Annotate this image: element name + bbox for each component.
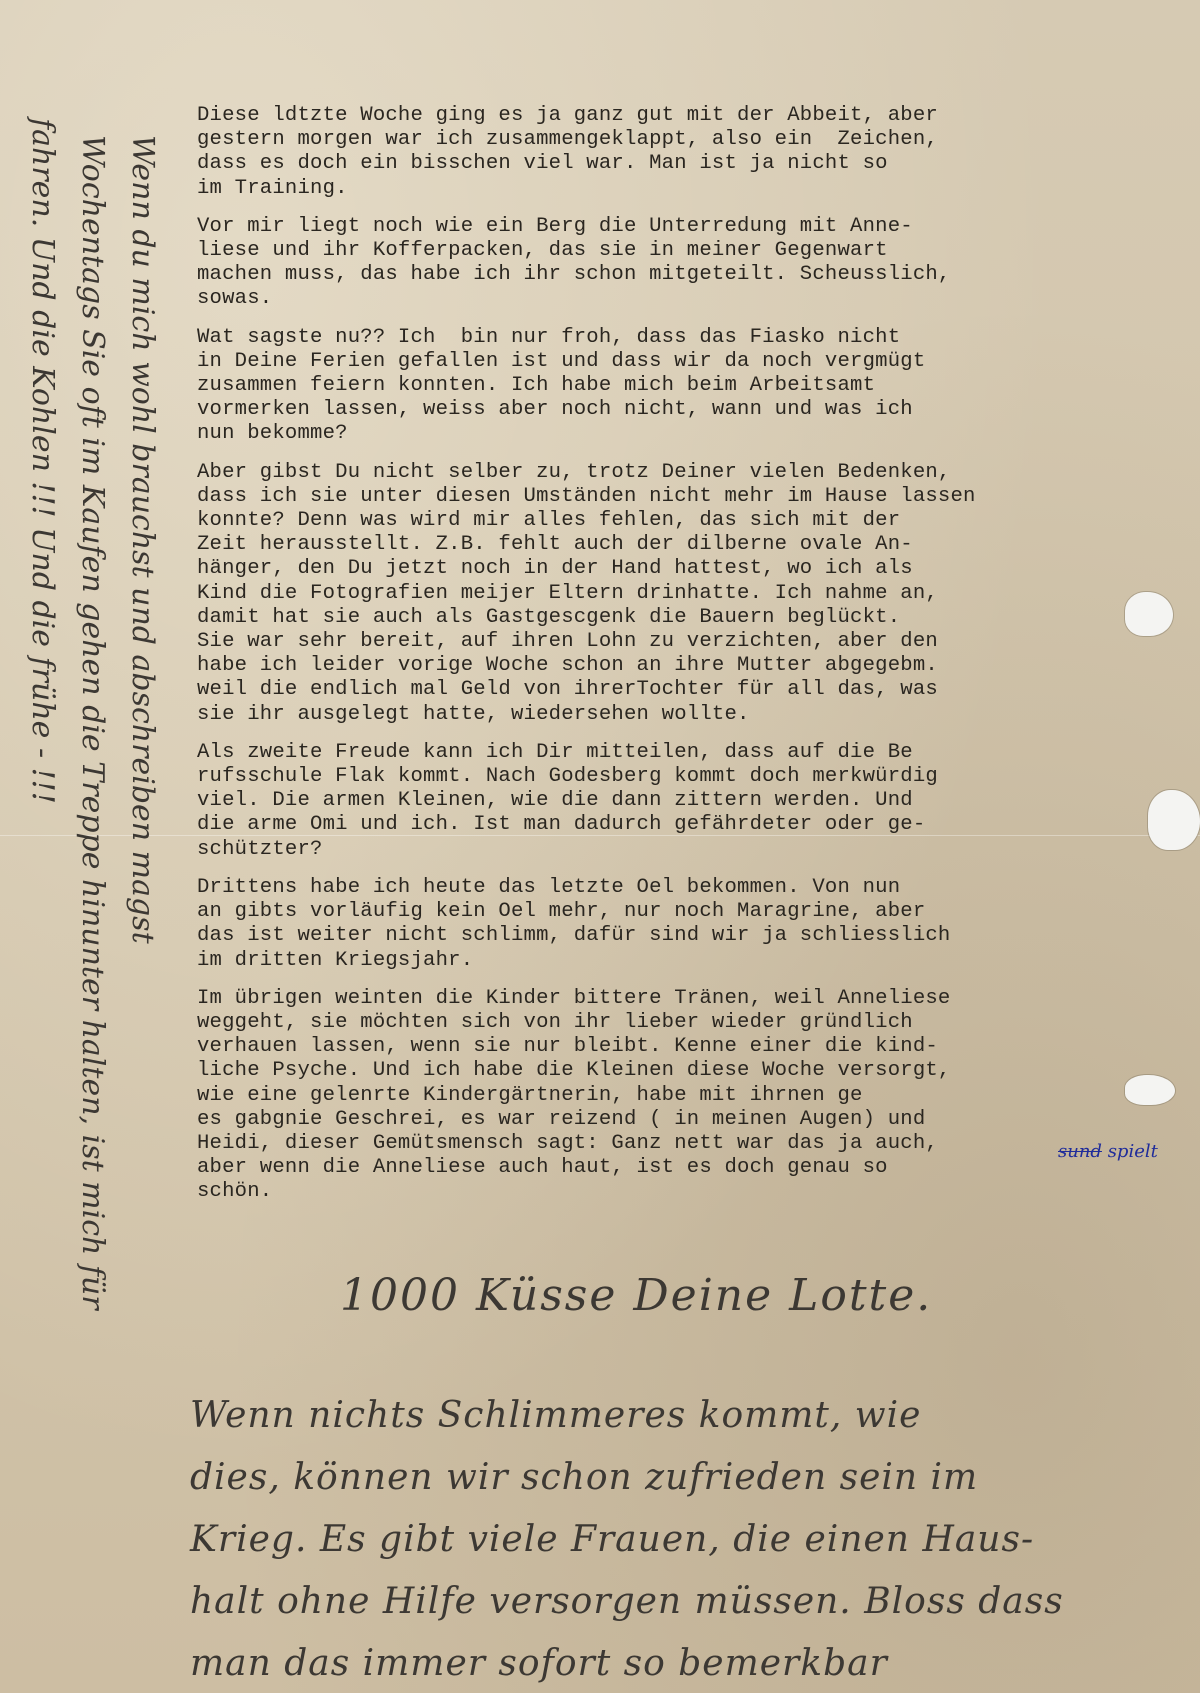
- margin-note: fahren. Und die Kohlen !!! Und die frühe…: [25, 118, 60, 804]
- paragraph: Wat sagste nu?? Ich bin nur froh, dass d…: [197, 326, 1117, 447]
- text-line: wie eine gelenrte Kindergärtnerin, habe …: [197, 1084, 1117, 1108]
- text-line: Drittens habe ich heute das letzte Oel b…: [197, 876, 1117, 900]
- text-line: das ist weiter nicht schlimm, dafür sind…: [197, 924, 1117, 948]
- paragraph: Drittens habe ich heute das letzte Oel b…: [197, 876, 1117, 973]
- text-line: dass ich sie unter diesen Umständen nich…: [197, 485, 1117, 509]
- margin-note: Wochentags Sie oft im Kaufen gehen die T…: [75, 135, 110, 1310]
- postscript-line: Wenn nichts Schlimmeres kommt, wie: [190, 1385, 1200, 1447]
- text-line: im Training.: [197, 177, 1117, 201]
- text-line: Vor mir liegt noch wie ein Berg die Unte…: [197, 215, 1117, 239]
- text-line: Heidi, dieser Gemütsmensch sagt: Ganz ne…: [197, 1132, 1117, 1156]
- text-line: Sie war sehr bereit, auf ihren Lohn zu v…: [197, 630, 1117, 654]
- text-line: schützter?: [197, 838, 1117, 862]
- handwritten-postscript: Wenn nichts Schlimmeres kommt, wiedies, …: [190, 1385, 1200, 1693]
- text-line: liche Psyche. Und ich habe die Kleinen d…: [197, 1059, 1117, 1083]
- text-line: Wat sagste nu?? Ich bin nur froh, dass d…: [197, 326, 1117, 350]
- text-line: an gibts vorläufig kein Oel mehr, nur no…: [197, 900, 1117, 924]
- paragraph: Aber gibst Du nicht selber zu, trotz Dei…: [197, 461, 1117, 727]
- paragraph: Im übrigen weinten die Kinder bittere Tr…: [197, 987, 1117, 1205]
- paper-tear: [1125, 592, 1173, 636]
- margin-note: Wenn du mich wohl brauchst und abschreib…: [125, 135, 160, 944]
- text-line: vormerken lassen, weiss aber noch nicht,…: [197, 398, 1117, 422]
- postscript-line: dies, können wir schon zufrieden sein im: [190, 1447, 1200, 1509]
- text-line: konnte? Denn was wird mir alles fehlen, …: [197, 509, 1117, 533]
- text-line: im dritten Kriegsjahr.: [197, 949, 1117, 973]
- text-line: in Deine Ferien gefallen ist und dass wi…: [197, 350, 1117, 374]
- text-line: dass es doch ein bisschen viel war. Man …: [197, 152, 1117, 176]
- text-line: weil die endlich mal Geld von ihrerTocht…: [197, 678, 1117, 702]
- ink-correction: sund spielt: [1058, 1141, 1158, 1162]
- text-line: machen muss, das habe ich ihr schon mitg…: [197, 263, 1117, 287]
- handwritten-closing: 1000 Küsse Deine Lotte.: [340, 1270, 932, 1321]
- inserted-text: spielt: [1108, 1141, 1158, 1162]
- text-line: gestern morgen war ich zusammengeklappt,…: [197, 128, 1117, 152]
- postscript-line: man das immer sofort so bemerkbar: [190, 1633, 1200, 1693]
- text-line: zusammen feiern konnten. Ich habe mich b…: [197, 374, 1117, 398]
- text-line: sie ihr ausgelegt hatte, wiedersehen wol…: [197, 703, 1117, 727]
- text-line: sowas.: [197, 287, 1117, 311]
- text-line: Zeit herausstellt. Z.B. fehlt auch der d…: [197, 533, 1117, 557]
- text-line: damit hat sie auch als Gastgescgenk die …: [197, 606, 1117, 630]
- text-line: rufsschule Flak kommt. Nach Godesberg ko…: [197, 765, 1117, 789]
- postscript-line: halt ohne Hilfe versorgen müssen. Bloss …: [190, 1571, 1200, 1633]
- text-line: weggeht, sie möchten sich von ihr lieber…: [197, 1011, 1117, 1035]
- paragraph: Vor mir liegt noch wie ein Berg die Unte…: [197, 215, 1117, 312]
- text-line: Aber gibst Du nicht selber zu, trotz Dei…: [197, 461, 1117, 485]
- text-line: schön.: [197, 1180, 1117, 1204]
- text-line: nun bekomme?: [197, 422, 1117, 446]
- text-line: Als zweite Freude kann ich Dir mitteilen…: [197, 741, 1117, 765]
- typed-body: Diese ldtzte Woche ging es ja ganz gut m…: [197, 104, 1117, 1219]
- text-line: verhauen lassen, wenn sie nur bleibt. Ke…: [197, 1035, 1117, 1059]
- text-line: habe ich leider vorige Woche schon an ih…: [197, 654, 1117, 678]
- text-line: aber wenn die Anneliese auch haut, ist e…: [197, 1156, 1117, 1180]
- text-line: es gabgnie Geschrei, es war reizend ( in…: [197, 1108, 1117, 1132]
- text-line: viel. Die armen Kleinen, wie die dann zi…: [197, 789, 1117, 813]
- postscript-line: Krieg. Es gibt viele Frauen, die einen H…: [190, 1509, 1200, 1571]
- text-line: Im übrigen weinten die Kinder bittere Tr…: [197, 987, 1117, 1011]
- letter-page: Wenn du mich wohl brauchst und abschreib…: [0, 0, 1200, 1693]
- paragraph: Als zweite Freude kann ich Dir mitteilen…: [197, 741, 1117, 862]
- text-line: Diese ldtzte Woche ging es ja ganz gut m…: [197, 104, 1117, 128]
- paper-tear: [1148, 790, 1200, 850]
- struck-text: sund: [1058, 1141, 1102, 1162]
- paragraph: Diese ldtzte Woche ging es ja ganz gut m…: [197, 104, 1117, 201]
- text-line: die arme Omi und ich. Ist man dadurch ge…: [197, 813, 1117, 837]
- text-line: hänger, den Du jetzt noch in der Hand ha…: [197, 557, 1117, 581]
- text-line: Kind die Fotografien meijer Eltern drinh…: [197, 582, 1117, 606]
- paper-tear: [1125, 1075, 1175, 1105]
- text-line: liese und ihr Kofferpacken, das sie in m…: [197, 239, 1117, 263]
